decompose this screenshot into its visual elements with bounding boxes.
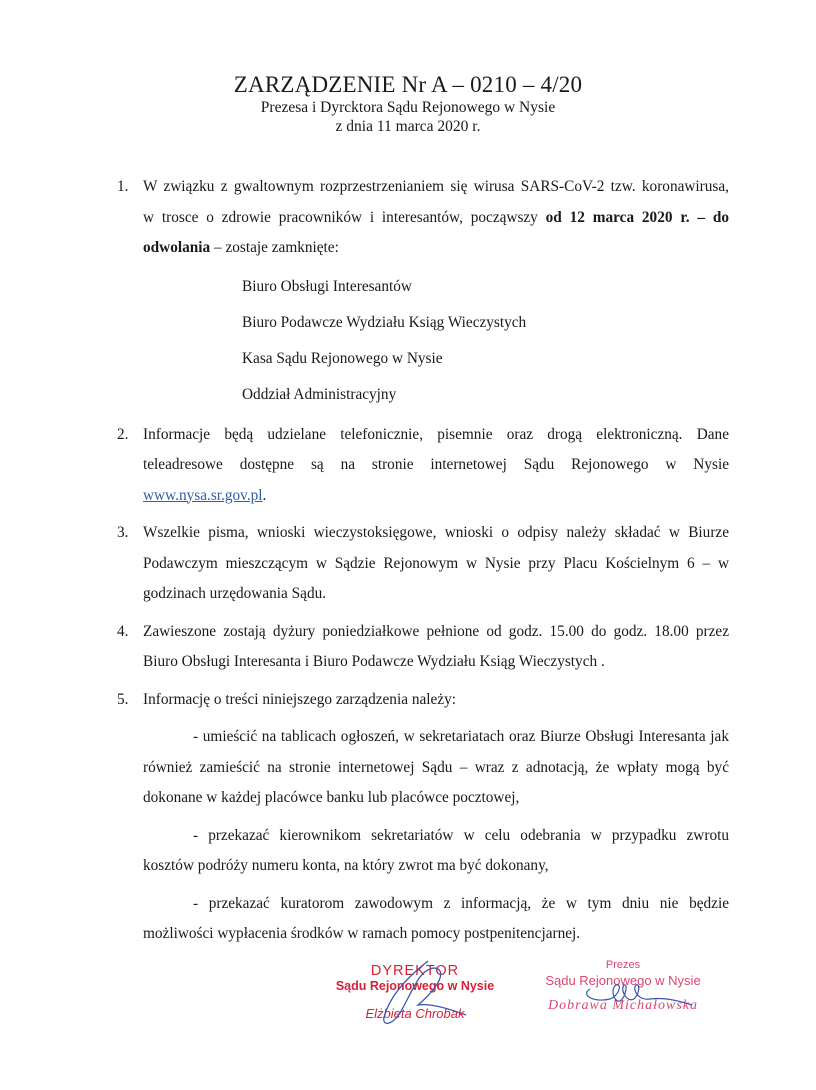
item-number: 2. [117, 420, 128, 451]
closed-unit: Kasa Sądu Rejonowego w Nysie [242, 341, 729, 377]
closed-units-list: Biuro Obsługi Interesantów Biuro Podawcz… [143, 269, 729, 413]
text-line: Informacje będą udzielane telefonicznie,… [143, 420, 729, 451]
text-line: odwolania – zostaje zamknięte: [143, 233, 729, 264]
closed-unit: Oddział Administracyjny [242, 377, 729, 413]
text-line: możliwości wypłacenia środków w ramach p… [143, 919, 729, 950]
stamp-role: Prezes [538, 957, 708, 973]
text-line: godzinach urzędowania Sądu. [143, 579, 729, 610]
item-number: 3. [117, 518, 128, 549]
item-number: 4. [117, 617, 128, 648]
document-issuer: Prezesa i Dyrcktora Sądu Rejonowego w Ny… [0, 98, 816, 117]
closed-unit: Biuro Podawcze Wydziału Ksiąg Wieczystyc… [242, 305, 729, 341]
text-line: www.nysa.sr.gov.pl. [143, 481, 729, 512]
stamp-name: Elżbieta Chrobak [330, 1006, 500, 1022]
text-span: w trosce o zdrowie pracowników i interes… [143, 209, 546, 226]
text-line: również zamieścić na stronie internetowe… [143, 753, 729, 784]
text-line: Podawczym mieszczącym w Sądzie Rejonowym… [143, 549, 729, 580]
text-line: Informację o treści niniejszego zarządze… [143, 685, 729, 716]
stamp-name: Dobrawa Michałowska [538, 998, 708, 1014]
subitem: - przekazać kuratorom zawodowym z inform… [143, 889, 729, 950]
list-item-3: 3. Wszelkie pisma, wnioski wieczystoksię… [117, 518, 729, 610]
text-line: Zawieszone zostają dyżury poniedziałkowe… [143, 617, 729, 648]
list-item-4: 4. Zawieszone zostają dyżury poniedziałk… [117, 617, 729, 678]
effective-date: od 12 marca 2020 r. – do [546, 209, 729, 226]
item-number: 1. [117, 172, 128, 203]
text-line: Biuro Obsługi Interesanta i Biuro Podawc… [143, 647, 729, 678]
signature-area: DYREKTOR Sądu Rejonowego w Nysie Elżbiet… [0, 955, 816, 1045]
text-span: – zostaje zamknięte: [210, 239, 339, 256]
text-line: kosztów podróży numeru konta, na który z… [143, 851, 729, 882]
stamp-court: Sądu Rejonowego w Nysie [330, 979, 500, 994]
stamp-role: DYREKTOR [330, 963, 500, 979]
text-line: teleadresowe dostępne są na stronie inte… [143, 450, 729, 481]
text-line: - umieścić na tablicach ogłoszeń, w sekr… [143, 722, 729, 753]
document-header: ZARZĄDZENIE Nr A – 0210 – 4/20 Prezesa i… [0, 72, 816, 136]
document-date: z dnia 11 marca 2020 r. [0, 117, 816, 136]
text-line: W związku z gwaltownym rozprzestrzeniani… [143, 172, 729, 203]
list-item-1: 1. W związku z gwaltownym rozprzestrzeni… [117, 172, 729, 413]
list-item-2: 2. Informacje będą udzielane telefoniczn… [117, 420, 729, 512]
text-span: . [263, 487, 267, 504]
document-body: 1. W związku z gwaltownym rozprzestrzeni… [117, 172, 729, 950]
item-number: 5. [117, 685, 128, 716]
text-line: - przekazać kuratorom zawodowym z inform… [143, 889, 729, 920]
subitem: - przekazać kierownikom sekretariatów w … [143, 821, 729, 882]
until-revoked: odwolania [143, 239, 210, 256]
document-title: ZARZĄDZENIE Nr A – 0210 – 4/20 [0, 72, 816, 98]
text-line: dokonane w każdej placówce banku lub pla… [143, 783, 729, 814]
text-line: Wszelkie pisma, wnioski wieczystoksięgow… [143, 518, 729, 549]
president-stamp: Prezes Sądu Rejonowego w Nysie Dobrawa M… [538, 957, 708, 1014]
closed-unit: Biuro Obsługi Interesantów [242, 269, 729, 305]
stamp-court: Sądu Rejonowego w Nysie [538, 973, 708, 988]
director-stamp: DYREKTOR Sądu Rejonowego w Nysie Elżbiet… [330, 963, 500, 1022]
text-line: w trosce o zdrowie pracowników i interes… [143, 203, 729, 234]
court-website-link[interactable]: www.nysa.sr.gov.pl [143, 487, 263, 504]
subitem: - umieścić na tablicach ogłoszeń, w sekr… [143, 722, 729, 814]
list-item-5: 5. Informację o treści niniejszego zarzą… [117, 685, 729, 950]
text-line: - przekazać kierownikom sekretariatów w … [143, 821, 729, 852]
